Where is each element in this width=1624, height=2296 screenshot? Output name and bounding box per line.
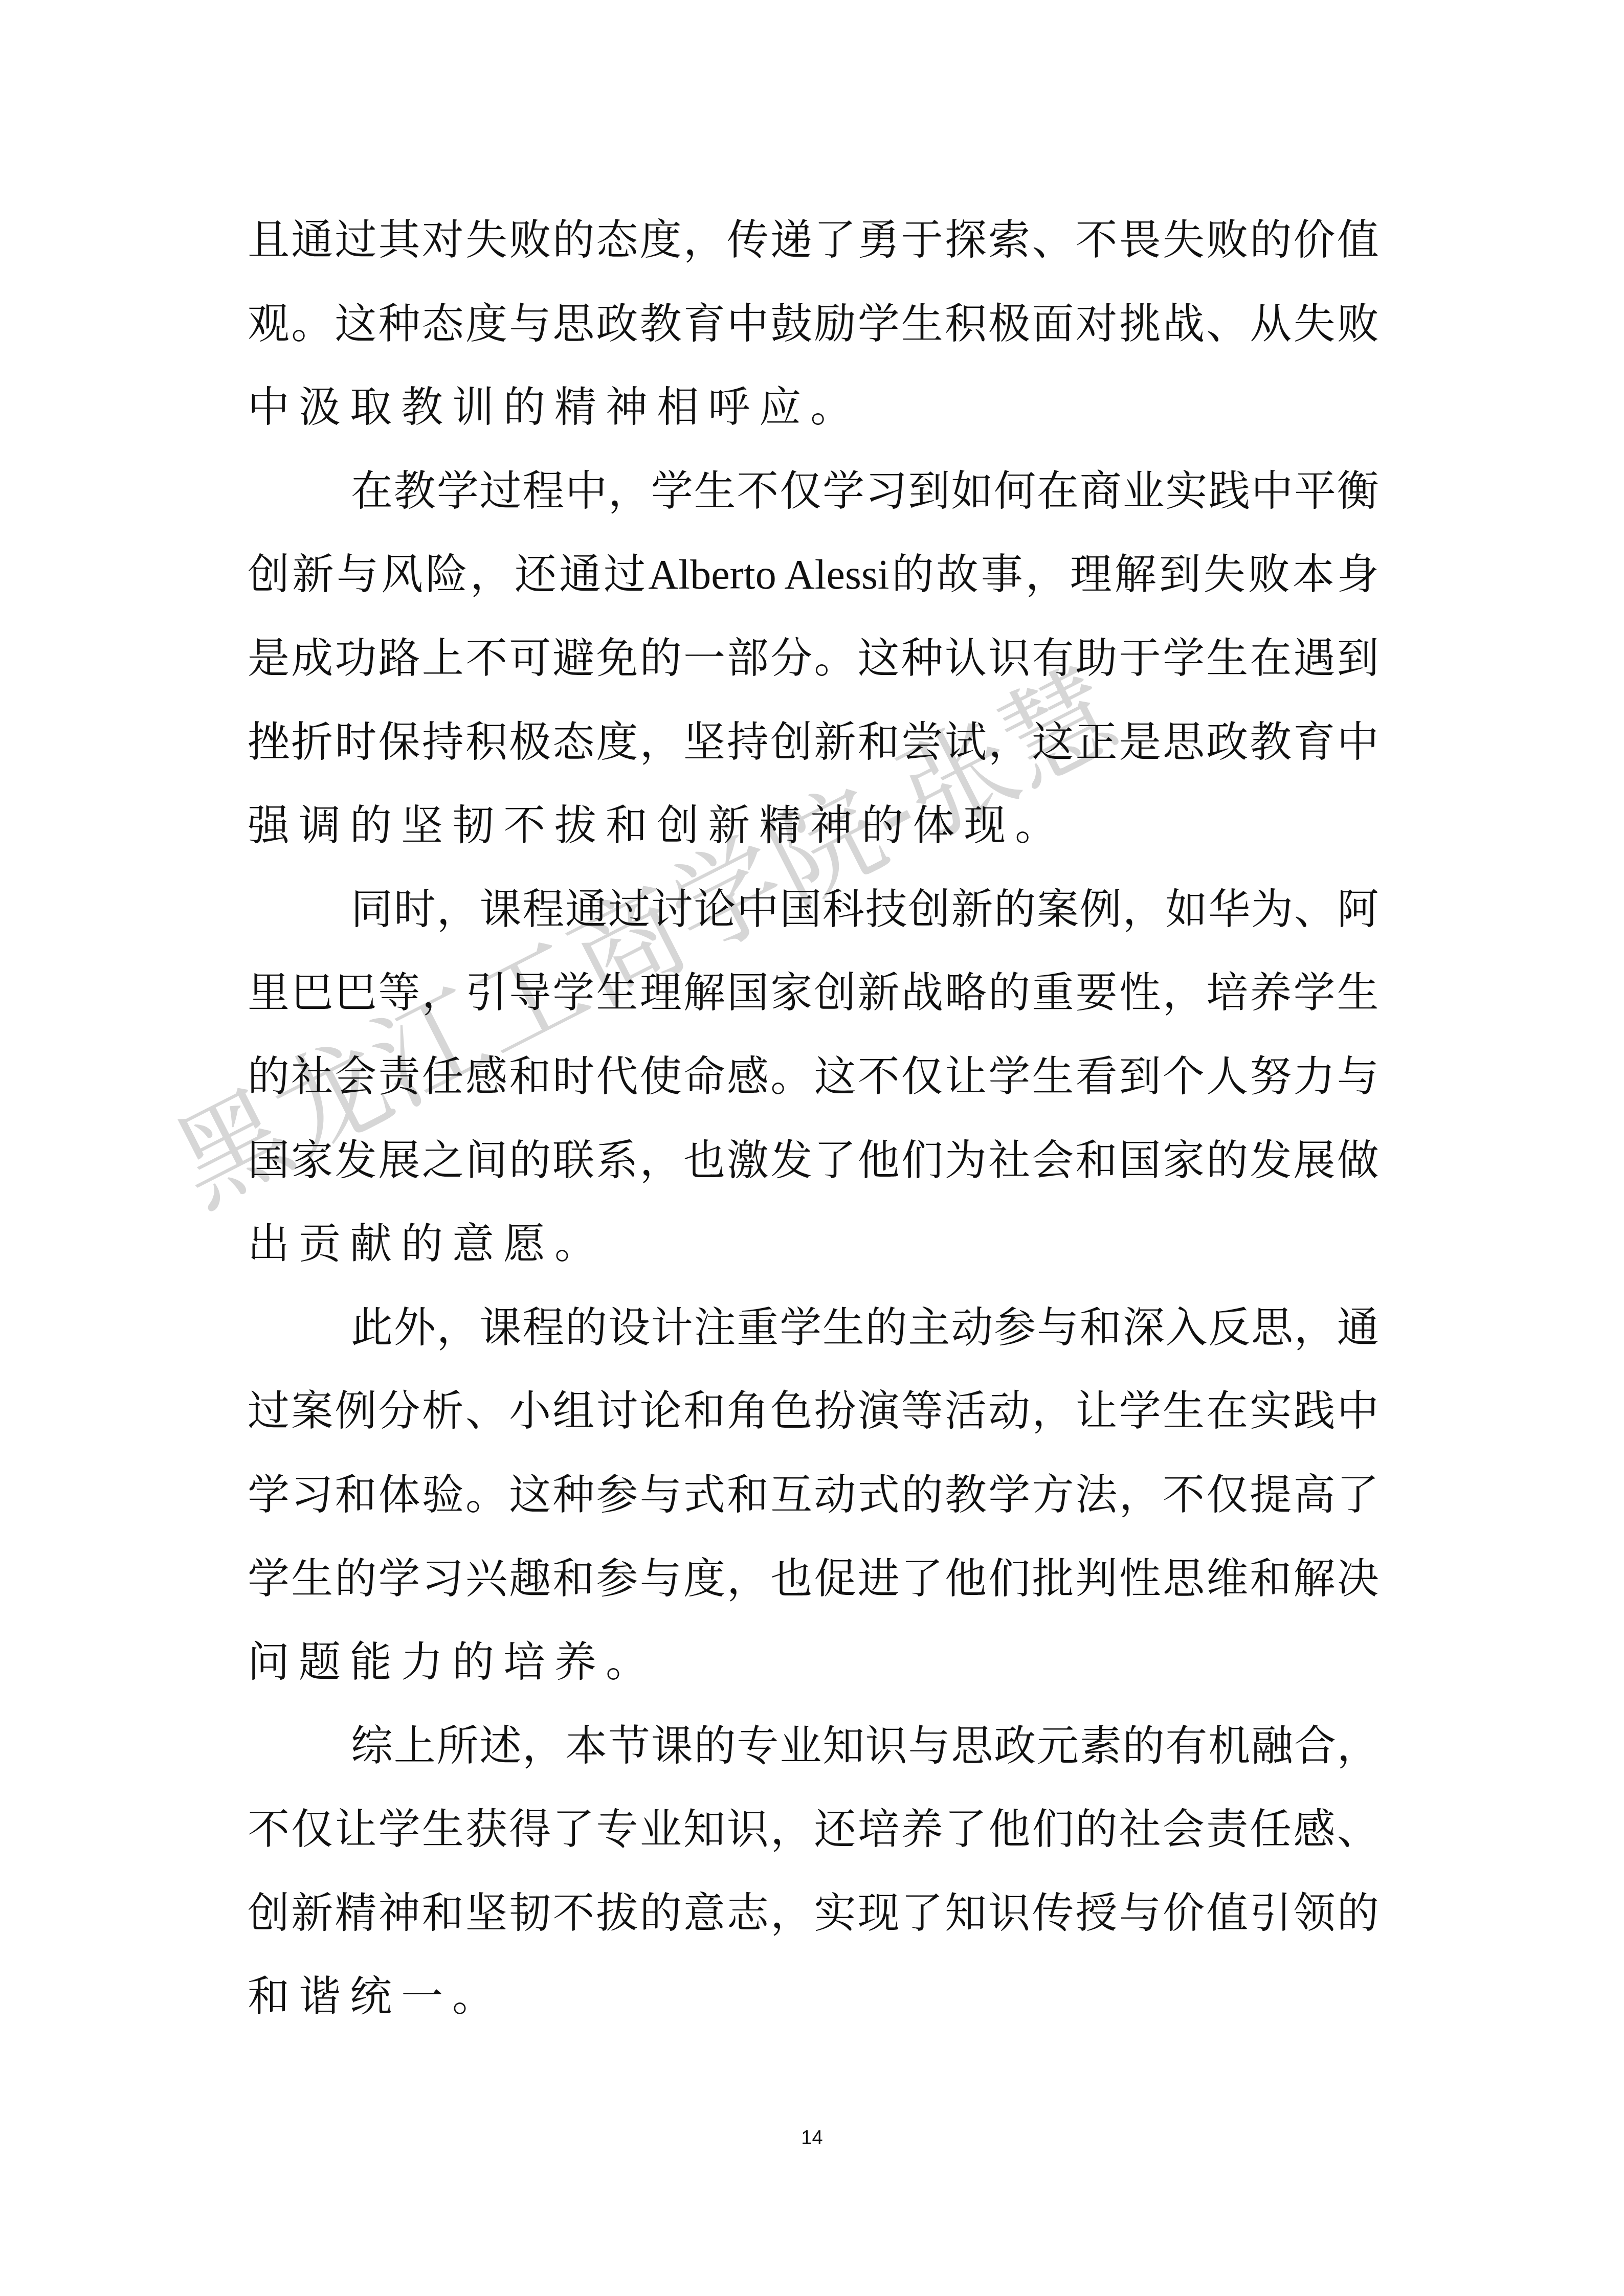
text-line: 和谐统一。	[248, 1971, 1379, 2055]
text-line: 的社会责任感和时代使命感。这不仅让学生看到个人努力与	[248, 1051, 1379, 1135]
text-line: 问题能力的培养。	[248, 1637, 1379, 1721]
text-line: 国家发展之间的联系，也激发了他们为社会和国家的发展做	[248, 1135, 1379, 1219]
text-line: 不仅让学生获得了专业知识，还培养了他们的社会责任感、	[248, 1804, 1379, 1888]
text-line: 且通过其对失败的态度，传递了勇于探索、不畏失败的价值	[248, 215, 1379, 299]
text-line: 在教学过程中，学生不仅学习到如何在商业实践中平衡	[248, 466, 1379, 550]
text-line: 创新与风险，还通过Alberto Alessi的故事，理解到失败本身	[248, 549, 1379, 633]
text-line: 过案例分析、小组讨论和角色扮演等活动，让学生在实践中	[248, 1386, 1379, 1470]
text-line: 创新精神和坚韧不拔的意志，实现了知识传授与价值引领的	[248, 1888, 1379, 1972]
text-line: 此外，课程的设计注重学生的主动参与和深入反思，通	[248, 1302, 1379, 1386]
text-line: 同时，课程通过讨论中国科技创新的案例，如华为、阿	[248, 884, 1379, 968]
document-page: 黑龙江工商学院-张慧 且通过其对失败的态度，传递了勇于探索、不畏失败的价值观。这…	[0, 0, 1624, 2296]
text-line: 里巴巴等，引导学生理解国家创新战略的重要性，培养学生	[248, 967, 1379, 1051]
text-line: 挫折时保持积极态度，坚持创新和尝试，这正是思政教育中	[248, 717, 1379, 801]
text-line: 综上所述，本节课的专业知识与思政元素的有机融合，	[248, 1721, 1379, 1805]
text-line: 出贡献的意愿。	[248, 1219, 1379, 1302]
text-line: 观。这种态度与思政教育中鼓励学生积极面对挑战、从失败	[248, 299, 1379, 382]
paragraph: 同时，课程通过讨论中国科技创新的案例，如华为、阿里巴巴等，引导学生理解国家创新战…	[248, 884, 1379, 1302]
page-number: 14	[0, 2127, 1624, 2149]
paragraph: 此外，课程的设计注重学生的主动参与和深入反思，通过案例分析、小组讨论和角色扮演等…	[248, 1302, 1379, 1721]
paragraph: 综上所述，本节课的专业知识与思政元素的有机融合，不仅让学生获得了专业知识，还培养…	[248, 1721, 1379, 2055]
paragraph: 在教学过程中，学生不仅学习到如何在商业实践中平衡创新与风险，还通过Alberto…	[248, 466, 1379, 884]
body-text: 且通过其对失败的态度，传递了勇于探索、不畏失败的价值观。这种态度与思政教育中鼓励…	[248, 215, 1379, 2055]
text-line: 强调的坚韧不拔和创新精神的体现。	[248, 800, 1379, 884]
text-line: 学生的学习兴趣和参与度，也促进了他们批判性思维和解决	[248, 1554, 1379, 1637]
text-line: 学习和体验。这种参与式和互动式的教学方法，不仅提高了	[248, 1470, 1379, 1554]
text-line: 是成功路上不可避免的一部分。这种认识有助于学生在遇到	[248, 633, 1379, 717]
paragraph: 且通过其对失败的态度，传递了勇于探索、不畏失败的价值观。这种态度与思政教育中鼓励…	[248, 215, 1379, 466]
text-line: 中汲取教训的精神相呼应。	[248, 382, 1379, 466]
